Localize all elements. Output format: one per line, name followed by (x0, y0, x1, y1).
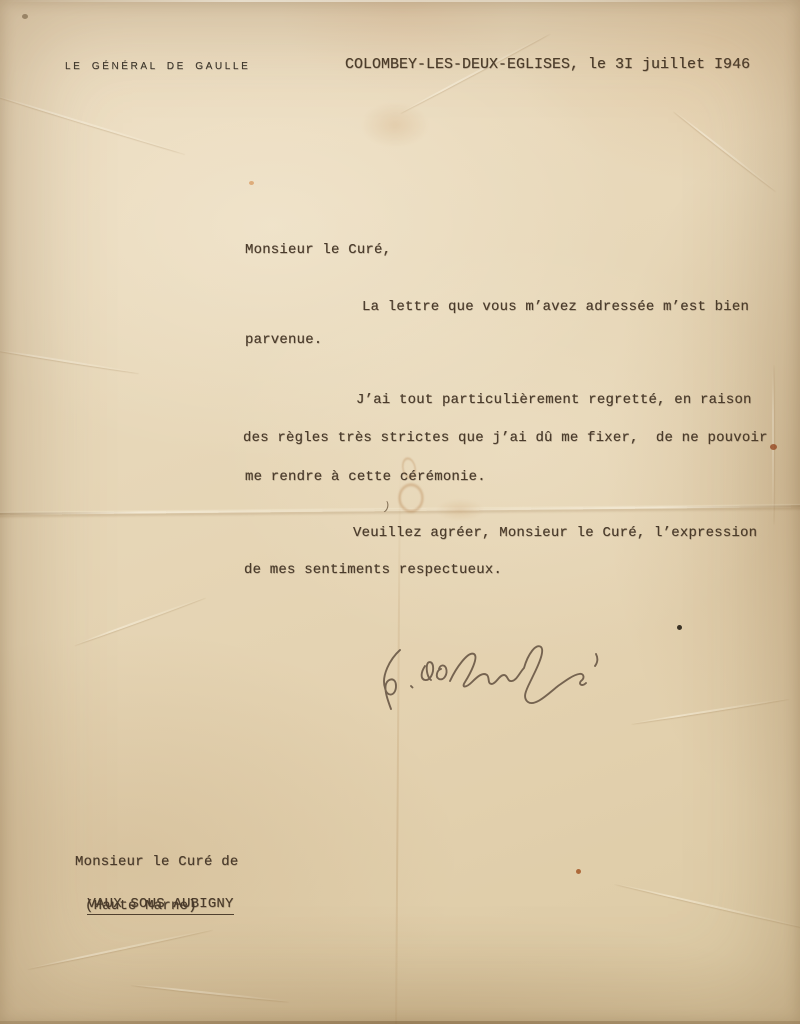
signature-stroke (422, 662, 434, 680)
letter-line-closing: Veuillez agréer, Monsieur le Curé, l’exp… (353, 523, 757, 543)
recipient-line-3: (Haute Marne) (85, 896, 197, 916)
recipient-line-1: Monsieur le Curé de (75, 852, 238, 872)
dateline: COLOMBEY-LES-DEUX-EGLISES, le 3I juillet… (345, 55, 750, 75)
letter-line: me rendre à cette cérémonie. (245, 467, 486, 487)
letter-line: parvenue. (245, 330, 322, 350)
paper-crease (130, 984, 289, 1003)
letterhead-general-de-gaulle: LE GÉNÉRAL DE GAULLE (65, 60, 250, 74)
letter-line: La lettre que vous m’avez adressée m’est… (362, 297, 749, 317)
vertical-fold-crease (395, 468, 401, 1024)
signature-stroke (595, 654, 597, 666)
letter-line: J’ai tout particulièrement regretté, en … (356, 390, 752, 410)
signature-stroke (450, 646, 586, 703)
letter-line: des règles très strictes que j’ai dû me … (243, 428, 768, 448)
paper-crease (74, 596, 206, 646)
letter-line-closing: de mes sentiments respectueux. (244, 560, 502, 580)
paper-top-edge-highlight (0, 0, 800, 2)
paper-crease (0, 348, 139, 373)
paper-crease (673, 110, 777, 192)
recipient-line-2: VAUX SOUS AUBIGNY (53, 874, 234, 894)
paper-crease (27, 928, 213, 969)
stray-mark: ) (382, 500, 392, 513)
letter-line-salutation: Monsieur le Curé, (245, 240, 391, 260)
signature-stroke (411, 686, 413, 688)
signature-de-gaulle (332, 626, 662, 720)
letter-page: LE GÉNÉRAL DE GAULLE COLOMBEY-LES-DEUX-E… (0, 0, 800, 1024)
paper-speck (22, 14, 28, 19)
fox-spot (576, 869, 581, 874)
paper-crease (614, 883, 800, 930)
signature-stroke (384, 650, 400, 709)
fox-spot (770, 444, 777, 450)
ink-speck (677, 625, 682, 630)
paper-stain (350, 95, 440, 155)
signature-stroke (437, 665, 447, 679)
fox-spot (249, 181, 254, 185)
paper-crease (0, 91, 186, 154)
